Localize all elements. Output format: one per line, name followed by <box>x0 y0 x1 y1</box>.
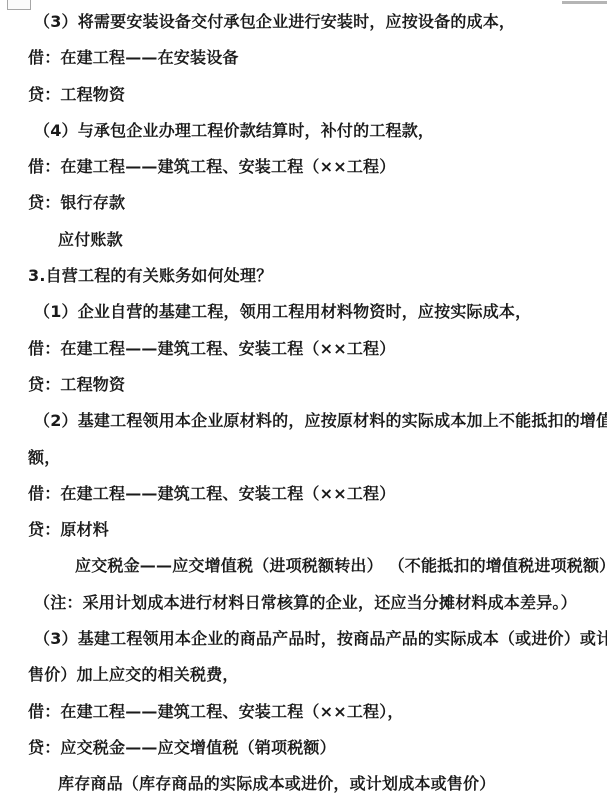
text-line: 贷：工程物资 <box>0 77 607 113</box>
text-line: （3）将需要安装设备交付承包企业进行安装时，应按设备的成本， <box>0 4 607 40</box>
text-line: 借：在建工程——在安装设备 <box>0 40 607 76</box>
text-line: （2）基建工程领用本企业原材料的，应按原材料的实际成本加上不能抵扣的增值税进项税 <box>0 403 607 439</box>
text-line: 借：在建工程——建筑工程、安装工程（××工程） <box>0 149 607 185</box>
text-line: （注：采用计划成本进行材料日常核算的企业，还应当分摊材料成本差异。） <box>0 585 607 621</box>
text-line: 贷：原材料 <box>0 512 607 548</box>
text-line: 借：在建工程——建筑工程、安装工程（××工程）， <box>0 694 607 730</box>
text-line: （1）企业自营的基建工程，领用工程用材料物资时，应按实际成本， <box>0 294 607 330</box>
text-line: 库存商品（库存商品的实际成本或进价，或计划成本或售价） <box>0 766 607 802</box>
text-line: 应交税金——应交增值税（进项税额转出） （不能抵扣的增值税进项税额） <box>0 548 607 584</box>
document-text-body: （3）将需要安装设备交付承包企业进行安装时，应按设备的成本，借：在建工程——在安… <box>0 4 607 803</box>
text-line: 借：在建工程——建筑工程、安装工程（××工程） <box>0 331 607 367</box>
text-line: 贷：银行存款 <box>0 185 607 221</box>
document-page: （3）将需要安装设备交付承包企业进行安装时，应按设备的成本，借：在建工程——在安… <box>0 0 607 806</box>
text-line: 售价）加上应交的相关税费， <box>0 657 607 693</box>
text-line: 额， <box>0 440 607 476</box>
text-line: 3.自营工程的有关账务如何处理？ <box>0 258 607 294</box>
text-line: 借：在建工程——建筑工程、安装工程（××工程） <box>0 476 607 512</box>
text-line: （4）与承包企业办理工程价款结算时，补付的工程款， <box>0 113 607 149</box>
text-line: （3）基建工程领用本企业的商品产品时，按商品产品的实际成本（或进价）或计划成本（… <box>0 621 607 657</box>
text-line: 贷：工程物资 <box>0 367 607 403</box>
text-line: 应付账款 <box>0 222 607 258</box>
text-line: 贷：应交税金——应交增值税（销项税额） <box>0 730 607 766</box>
